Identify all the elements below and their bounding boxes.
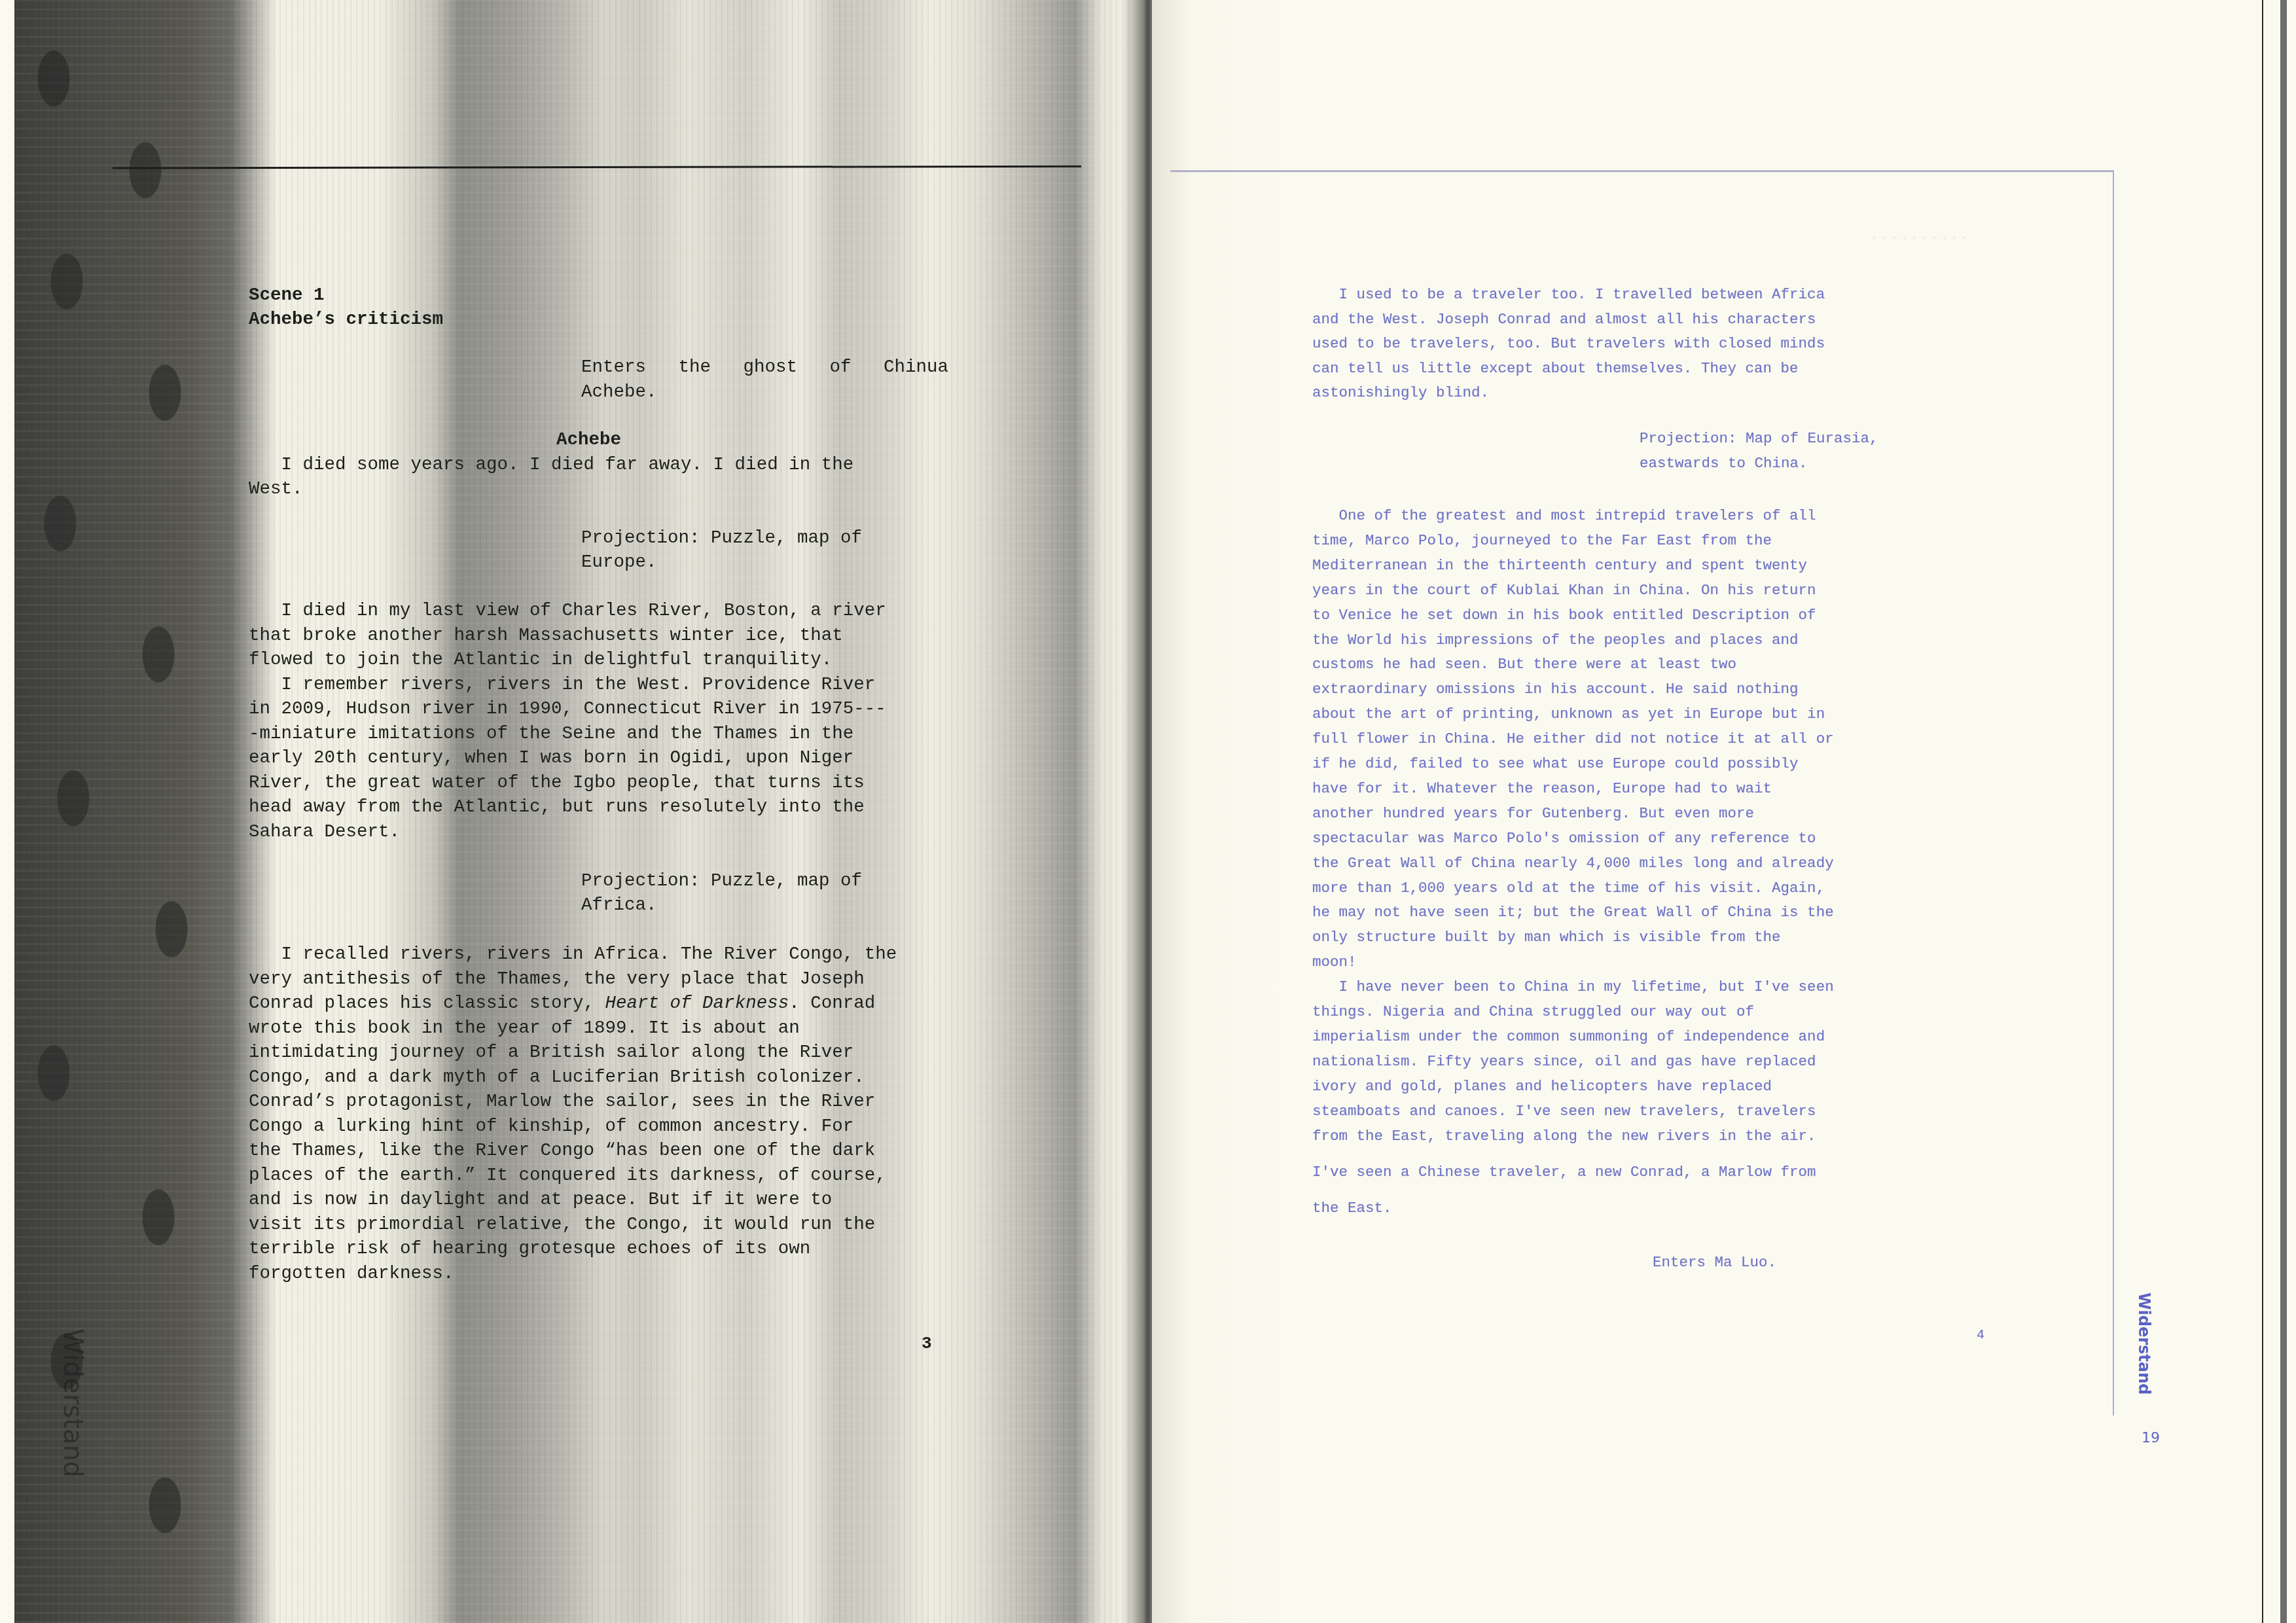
text-line: have for it. Whatever the reason, Europe… xyxy=(1312,777,1772,802)
text-line: from the East, traveling along the new r… xyxy=(1312,1124,1816,1149)
text-line: astonishingly blind. xyxy=(1312,381,1489,406)
text-line: if he did, failed to see what use Europe… xyxy=(1312,752,1799,777)
text-line: about the art of printing, unknown as ye… xyxy=(1312,702,1825,727)
text-line: and the West. Joseph Conrad and almost a… xyxy=(1312,308,1816,332)
text-line: One of the greatest and most intrepid tr… xyxy=(1312,504,1816,529)
text-line: ivory and gold, planes and helicopters h… xyxy=(1312,1075,1772,1099)
text-line: used to be travelers, too. But travelers… xyxy=(1312,332,1825,357)
text-line: customs he had seen. But there were at l… xyxy=(1312,652,1736,677)
text-line: he may not have seen it; but the Great W… xyxy=(1312,901,1834,925)
projection-direction: eastwards to China. xyxy=(1640,452,1808,476)
text-line: years in the court of Kublai Khan in Chi… xyxy=(1312,579,1816,603)
text-line: to Venice he set down in his book entitl… xyxy=(1312,603,1816,628)
text-line: the World his impressions of the peoples… xyxy=(1312,628,1799,653)
text-line: Mediterranean in the thirteenth century … xyxy=(1312,554,1807,579)
right-page-text: I used to be a traveler too. I travelled… xyxy=(0,0,2296,1623)
text-line: steamboats and canoes. I've seen new tra… xyxy=(1312,1099,1816,1124)
text-line: I used to be a traveler too. I travelled… xyxy=(1312,283,1825,308)
text-line: moon! xyxy=(1312,950,1357,975)
text-line: time, Marco Polo, journeyed to the Far E… xyxy=(1312,529,1772,554)
text-line: the East. xyxy=(1312,1196,1392,1221)
typed-page-number-right: 4 xyxy=(1977,1323,1984,1348)
text-line: I've seen a Chinese traveler, a new Conr… xyxy=(1312,1160,1816,1185)
text-line: things. Nigeria and China struggled our … xyxy=(1312,1000,1754,1025)
printed-page-number: 19 xyxy=(2142,1430,2160,1446)
text-line: only structure built by man which is vis… xyxy=(1312,925,1781,950)
text-line: imperialism under the common summoning o… xyxy=(1312,1025,1825,1050)
text-line: more than 1,000 years old at the time of… xyxy=(1312,876,1825,901)
text-line: another hundred years for Gutenberg. But… xyxy=(1312,802,1754,827)
text-line: can tell us little except about themselv… xyxy=(1312,357,1799,382)
text-line: nationalism. Fifty years since, oil and … xyxy=(1312,1050,1816,1075)
text-line: the Great Wall of China nearly 4,000 mil… xyxy=(1312,851,1834,876)
text-line: extraordinary omissions in his account. … xyxy=(1312,677,1799,702)
projection-direction: Projection: Map of Eurasia, xyxy=(1640,427,1878,452)
text-line: full flower in China. He either did not … xyxy=(1312,727,1834,752)
journal-name: Widerstand xyxy=(2135,1293,2153,1395)
stage-direction-enters-ma-luo: Enters Ma Luo. xyxy=(1653,1251,1776,1275)
text-line: spectacular was Marco Polo's omission of… xyxy=(1312,827,1816,851)
text-line: I have never been to China in my lifetim… xyxy=(1312,975,1834,1000)
